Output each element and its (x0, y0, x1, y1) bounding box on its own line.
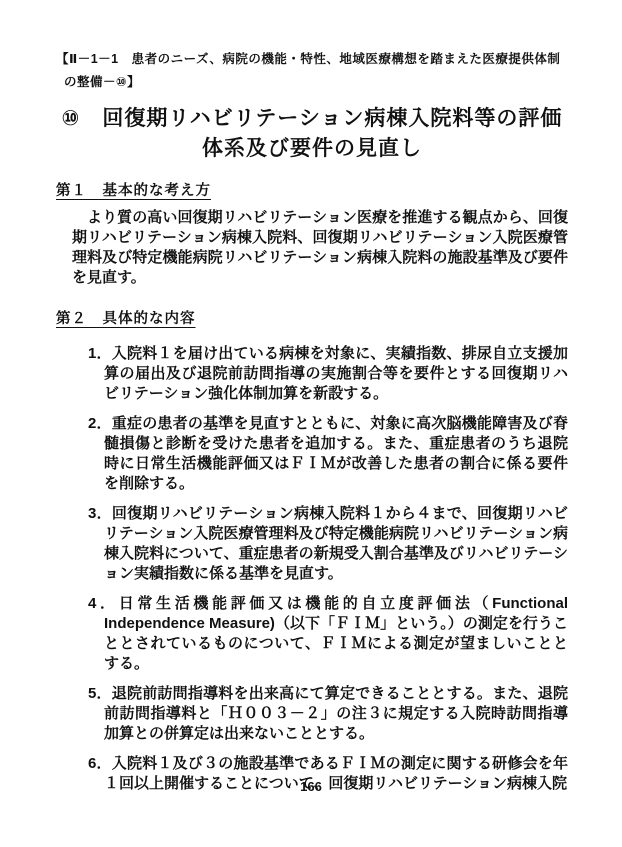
item-text: 回復期リハビリテーション病棟入院料１から４まで、回復期リハビリテーション入院医療… (104, 505, 568, 582)
page-title-line-1: ⑩ 回復期リハビリテーション病棟入院料等の評価 (56, 104, 568, 134)
item-number: 5． (88, 685, 112, 702)
item-text: 入院料１を届け出ている病棟を対象に、実績指数、排尿自立支援加算の届出及び退院前訪… (104, 345, 568, 402)
list-item-4: 4．日常生活機能評価又は機能的自立度評価法（Functional Indepen… (88, 594, 568, 674)
page-title: ⑩ 回復期リハビリテーション病棟入院料等の評価 体系及び要件の見直し (56, 104, 568, 164)
section-1-heading: 第１ 基本的な考え方 (56, 182, 568, 200)
item-number: 3． (88, 505, 112, 522)
document-page: 【Ⅱ－1－1 患者のニーズ、病院の機能・特性、地域医療構想を踏まえた医療提供体制… (0, 0, 622, 847)
item-text: 日常生活機能評価又は機能的自立度評価法（Functional Independe… (104, 595, 568, 672)
list-item-2: 2．重症の患者の基準を見直すとともに、対象に高次脳機能障害及び脊髄損傷と診断を受… (88, 414, 568, 494)
section-2-heading: 第２ 具体的な内容 (56, 310, 568, 328)
list-item-5: 5．退院前訪問指導料を出来高にて算定できることとする。また、退院前訪問指導料と「… (88, 684, 568, 744)
doc-header-line-1: 【Ⅱ－1－1 患者のニーズ、病院の機能・特性、地域医療構想を踏まえた医療提供体制 (56, 48, 568, 71)
page-title-line-2: 体系及び要件の見直し (56, 134, 568, 164)
item-text: 重症の患者の基準を見直すとともに、対象に高次脳機能障害及び脊髄損傷と診断を受けた… (104, 415, 568, 492)
item-number: 2． (88, 415, 112, 432)
item-text: 退院前訪問指導料を出来高にて算定できることとする。また、退院前訪問指導料と「Ｈ０… (104, 685, 568, 742)
doc-header: 【Ⅱ－1－1 患者のニーズ、病院の機能・特性、地域医療構想を踏まえた医療提供体制… (56, 48, 568, 94)
section-1-paragraph: より質の高い回復期リハビリテーション医療を推進する観点から、回復期リハビリテーシ… (72, 208, 568, 288)
page-number: 166 (0, 779, 622, 794)
section-2-item-list: 1．入院料１を届け出ている病棟を対象に、実績指数、排尿自立支援加算の届出及び退院… (88, 344, 568, 794)
list-item-1: 1．入院料１を届け出ている病棟を対象に、実績指数、排尿自立支援加算の届出及び退院… (88, 344, 568, 404)
item-number: 6． (88, 755, 112, 772)
list-item-3: 3．回復期リハビリテーション病棟入院料１から４まで、回復期リハビリテーション入院… (88, 504, 568, 584)
doc-header-line-2: の整備－⑩】 (56, 71, 568, 94)
item-number: 4． (88, 595, 119, 612)
item-number: 1． (88, 345, 112, 362)
